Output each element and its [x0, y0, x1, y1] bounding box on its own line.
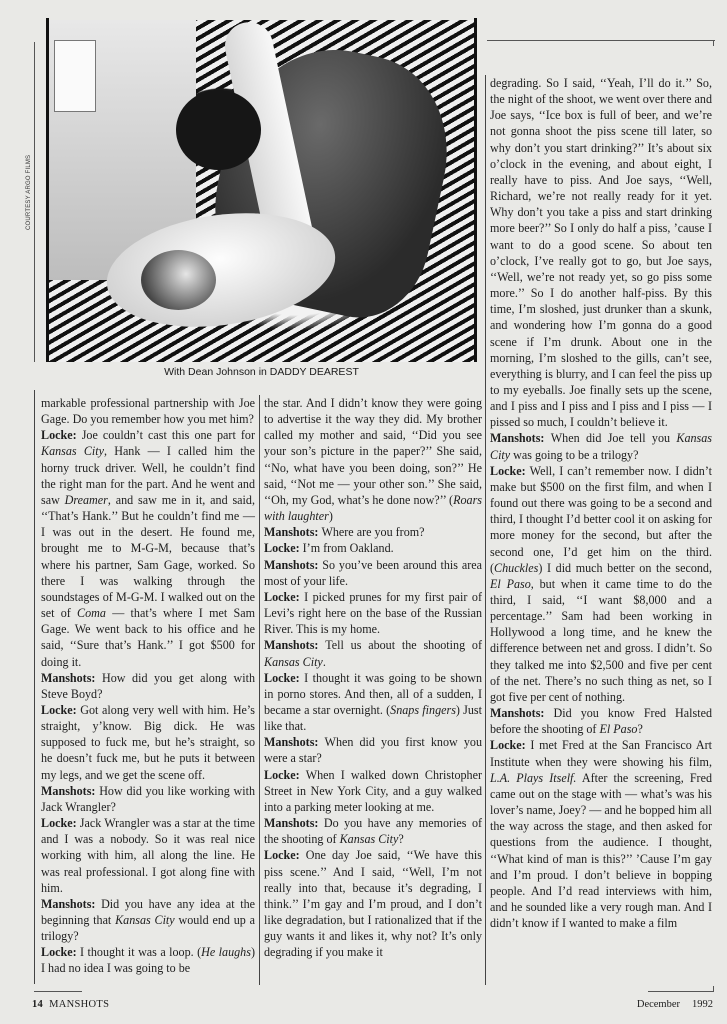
- speaker-label: Manshots:: [490, 706, 554, 720]
- speaker-label: Manshots:: [264, 735, 325, 749]
- footer-rule-right: [648, 991, 714, 992]
- italic-title: Kansas City: [41, 444, 104, 458]
- interview-paragraph: Locke: One day Joe said, ‘‘We have this …: [264, 847, 482, 960]
- footer-rule-corner: [713, 986, 714, 992]
- italic-title: El Paso: [600, 722, 638, 736]
- italic-title: Coma: [77, 606, 106, 620]
- italic-title: Chuckles: [494, 561, 538, 575]
- italic-title: Dreamer: [65, 493, 108, 507]
- speaker-label: Locke:: [41, 816, 80, 830]
- speaker-label: Locke:: [264, 848, 306, 862]
- speaker-label: Locke:: [264, 590, 304, 604]
- column-rule-top: [487, 40, 715, 41]
- photo-caption: With Dean Johnson in DADDY DEAREST: [46, 366, 477, 378]
- interview-paragraph: Locke: I thought it was going to be show…: [264, 670, 482, 735]
- magazine-name: MANSHOTS: [49, 999, 109, 1010]
- interview-paragraph: Manshots: So you’ve been around this are…: [264, 557, 482, 589]
- italic-title: Snaps fingers: [390, 703, 456, 717]
- article-column-2: the star. And I didn’t know they were go…: [264, 395, 482, 960]
- interview-paragraph: Locke: When I walked down Christopher St…: [264, 767, 482, 815]
- column-divider-right: [485, 75, 486, 985]
- article-column-3: degrading. So I said, ‘‘Yeah, I’ll do it…: [490, 75, 712, 931]
- speaker-label: Locke:: [41, 945, 80, 959]
- interview-paragraph: Locke: Joe couldn’t cast this one part f…: [41, 427, 255, 669]
- folio-right: December1992: [637, 999, 713, 1010]
- magazine-page: COURTESY ARGO FILMS With Dean Johnson in…: [0, 0, 727, 1024]
- speaker-label: Locke:: [264, 768, 306, 782]
- interview-paragraph: the star. And I didn’t know they were go…: [264, 395, 482, 524]
- speaker-label: Manshots:: [264, 638, 325, 652]
- italic-title: L.A. Plays Itself.: [490, 771, 576, 785]
- interview-paragraph: Manshots: When did Joe tell you Kansas C…: [490, 430, 712, 462]
- speaker-label: Manshots:: [41, 784, 99, 798]
- photo-credit: COURTESY ARGO FILMS: [26, 150, 36, 230]
- speaker-label: Manshots:: [41, 671, 102, 685]
- footer-rule-left: [34, 991, 82, 992]
- interview-paragraph: degrading. So I said, ‘‘Yeah, I’ll do it…: [490, 75, 712, 430]
- interview-paragraph: Manshots: Tell us about the shooting of …: [264, 637, 482, 669]
- interview-paragraph: Manshots: Do you have any memories of th…: [264, 815, 482, 847]
- article-column-1: markable professional partnership with J…: [41, 395, 255, 977]
- issue-month: December: [637, 999, 680, 1010]
- column-divider-middle: [259, 395, 260, 985]
- interview-paragraph: Manshots: When did you first know you we…: [264, 734, 482, 766]
- italic-title: Roars with laughter: [264, 493, 482, 523]
- interview-paragraph: markable professional partnership with J…: [41, 395, 255, 427]
- speaker-label: Locke:: [41, 703, 80, 717]
- page-number: 14: [32, 999, 43, 1010]
- italic-title: Kansas City: [115, 913, 175, 927]
- interview-paragraph: Manshots: How did you get along with Ste…: [41, 670, 255, 702]
- photo-frame: [46, 18, 477, 362]
- column-rule-corner: [713, 40, 714, 46]
- interview-paragraph: Locke: I thought it was a loop. (He laug…: [41, 944, 255, 976]
- italic-title: El Paso: [490, 577, 531, 591]
- speaker-label: Locke:: [41, 428, 82, 442]
- interview-paragraph: Manshots: Where are you from?: [264, 524, 482, 540]
- speaker-label: Locke:: [490, 464, 530, 478]
- issue-year: 1992: [692, 999, 713, 1010]
- interview-paragraph: Manshots: Did you know Fred Halsted befo…: [490, 705, 712, 737]
- speaker-label: Locke:: [264, 671, 304, 685]
- speaker-label: Manshots:: [264, 558, 322, 572]
- interview-paragraph: Manshots: Did you have any idea at the b…: [41, 896, 255, 944]
- interview-paragraph: Manshots: How did you like working with …: [41, 783, 255, 815]
- interview-paragraph: Locke: Well, I can’t remember now. I did…: [490, 463, 712, 705]
- interview-paragraph: Locke: Jack Wrangler was a star at the t…: [41, 815, 255, 896]
- italic-title: He laughs: [201, 945, 251, 959]
- column-divider-left: [34, 390, 35, 984]
- speaker-label: Manshots:: [41, 897, 101, 911]
- speaker-label: Locke:: [490, 738, 530, 752]
- speaker-label: Manshots:: [490, 431, 551, 445]
- folio-left: 14MANSHOTS: [32, 999, 109, 1010]
- interview-paragraph: Locke: I met Fred at the San Francisco A…: [490, 737, 712, 931]
- interview-paragraph: Locke: I’m from Oakland.: [264, 540, 482, 556]
- italic-title: Kansas City: [340, 832, 399, 846]
- interview-paragraph: Locke: Got along very well with him. He’…: [41, 702, 255, 783]
- speaker-label: Manshots:: [264, 816, 324, 830]
- interview-paragraph: Locke: I picked prunes for my first pair…: [264, 589, 482, 637]
- italic-title: Kansas City: [264, 655, 323, 669]
- speaker-label: Locke:: [264, 541, 303, 555]
- speaker-label: Manshots:: [264, 525, 321, 539]
